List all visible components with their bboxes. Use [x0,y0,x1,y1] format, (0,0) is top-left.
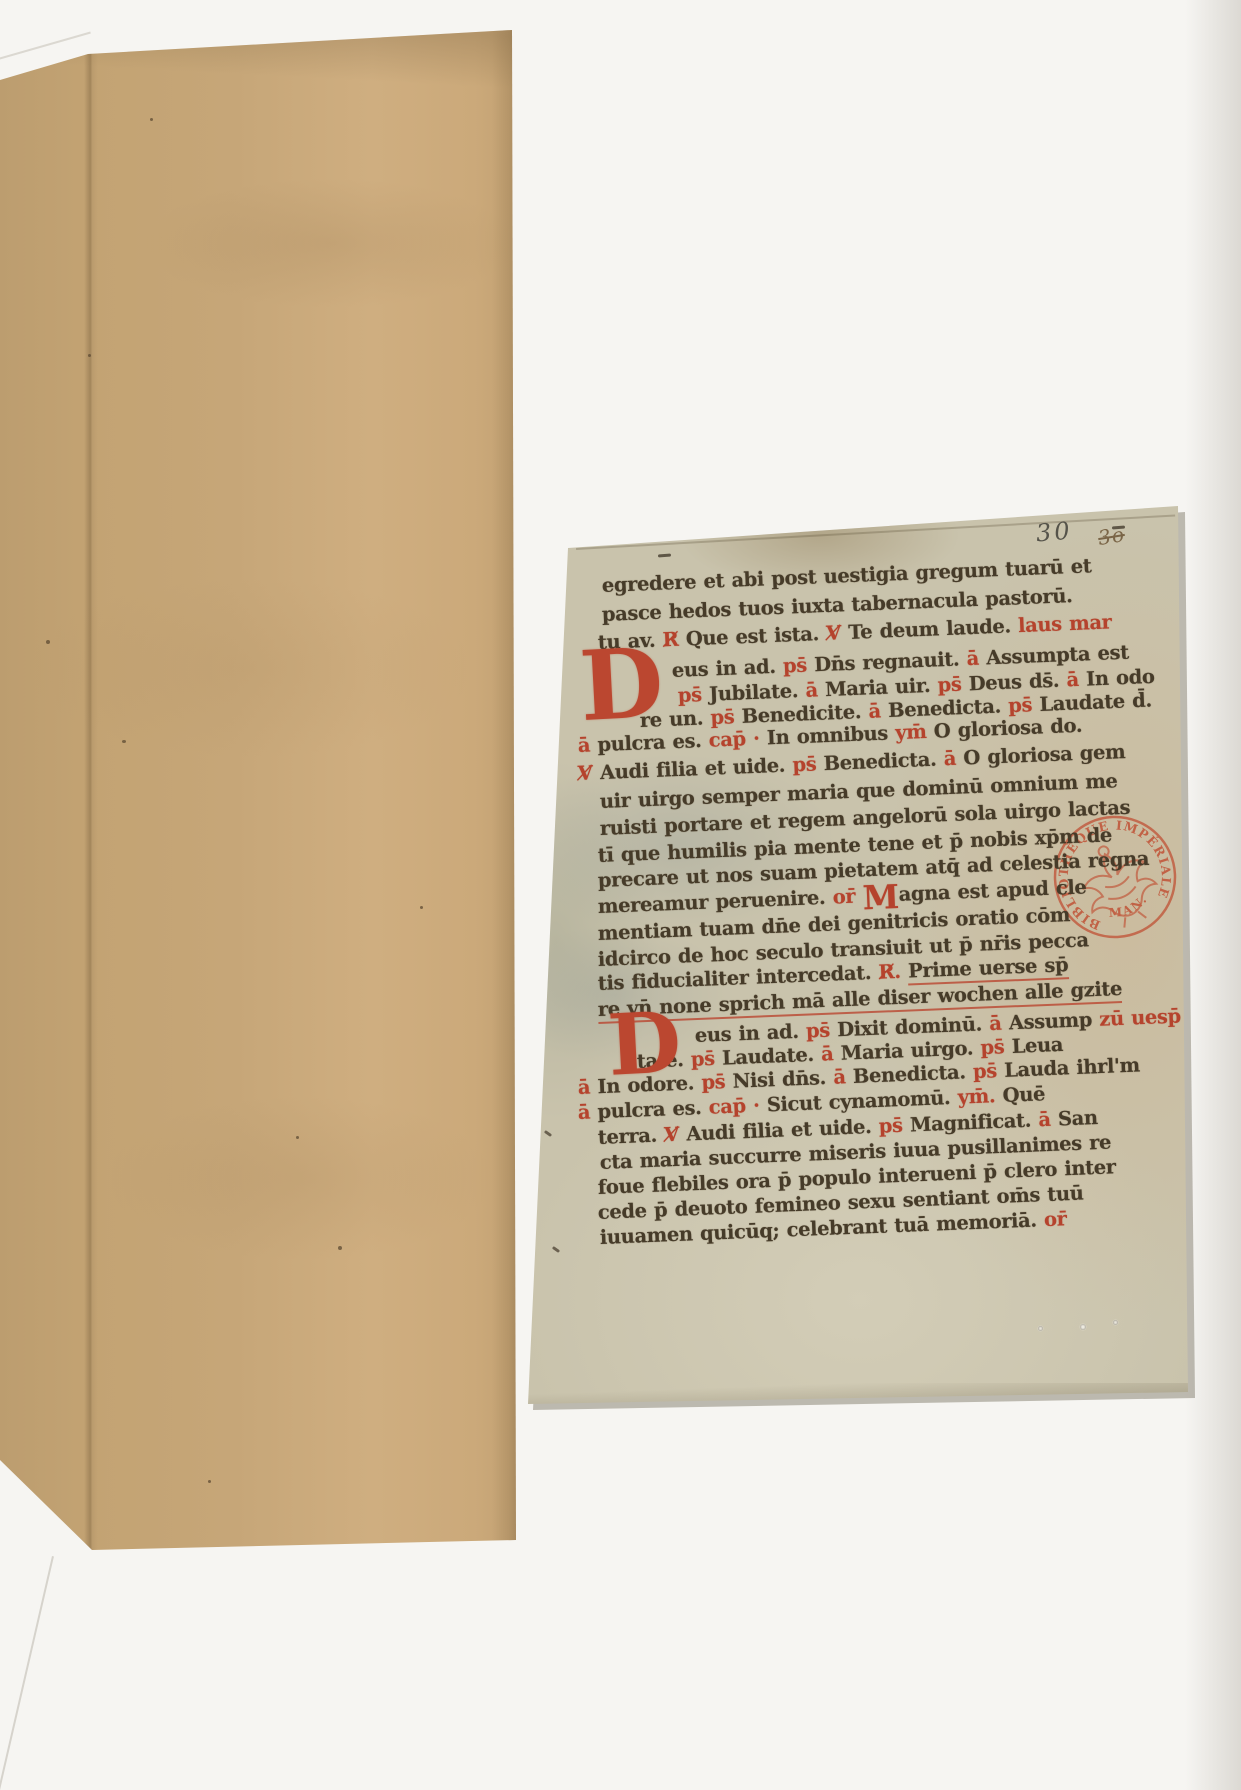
underlying-sheet-edge [0,1556,54,1790]
ink-text: San [1058,1106,1099,1131]
rubric-text: ym̄. [957,1084,1003,1109]
rubric-text: ā [805,678,826,702]
edge-tear-mark [536,1050,544,1057]
rubric-text: R̸ [662,627,686,651]
rubric-text: ps̄ [1008,693,1040,717]
rubric-initial: D [578,640,666,731]
rubric-text: ā [1066,668,1087,692]
rubric-text: ā [833,1065,854,1089]
speck [420,906,423,909]
ink-text: Te deum laude. [848,614,1019,644]
rubric-text: ps̄ [677,683,709,707]
ink-text: Nisi dn̄s. [732,1066,834,1093]
rubric-text: ps̄ [937,672,969,696]
ink-text: pulcra es. [597,1096,709,1123]
ink-text: eus in ad. [671,655,783,682]
rubric-text: cap̄ · [708,726,767,751]
guard-folder-board [0,28,516,1556]
rubric-text: V̸ [577,761,600,785]
ink-text: Lauda ihrl'm [1004,1053,1140,1081]
old-folio-mark: 3o [1096,522,1126,550]
ink-text: Laudate d̄. [1039,688,1152,715]
manuscript-page: 30 3o BIBLIOTHÈQUE IMPÉRIALE MAN. egrede… [500,490,1200,1425]
rubric-text: ps̄ [701,1070,733,1094]
folio-number: 30 [1035,516,1074,547]
ink-text: O gloriosa gem [963,740,1126,769]
ink-text: Jubilate. [709,679,806,706]
page-top-crease [576,515,1175,550]
ink-text: Assump [1008,1008,1099,1035]
speck [338,1246,342,1250]
ink-text: Magnificat. [909,1108,1038,1136]
rubric-text: ps̄ [980,1035,1012,1059]
ink-text: Quē [1002,1082,1045,1107]
ink-text: Assumpta est [986,641,1129,670]
rubric-text: ā [966,646,987,670]
speck [122,740,126,743]
wormhole [1038,1326,1043,1331]
underlying-sheet-edge [0,32,91,60]
rubric-text: R̸. [878,960,908,984]
edge-tear-mark [552,1246,560,1253]
rubric-text: ā [989,1011,1010,1035]
wormhole [1080,1324,1086,1330]
rubric-text: ā [1038,1108,1059,1132]
rubric-text: V̸ [664,1122,687,1146]
wormhole [1113,1320,1118,1325]
rubric-text: ps̄ [710,705,742,729]
ink-text: terra. [597,1123,664,1149]
rubric-text: ā [577,1075,598,1099]
speck [208,1480,211,1483]
rubric-initial: D [606,1004,683,1083]
edge-tear-mark [544,1130,552,1137]
speck [150,118,153,121]
ink-text: Benedicta. [852,1060,973,1088]
ink-text: Leua [1011,1033,1063,1058]
ink-text: In odo [1086,665,1155,691]
rubric-text: ā [577,1100,598,1124]
ink-text: Que est ista. [685,622,826,651]
rubric-text: ps̄ [792,752,824,776]
ink-text: Laudate. [722,1043,822,1070]
speck [296,1136,299,1139]
rubric-text: or̄ [832,884,863,908]
ink-text: Benedicta. [823,747,944,775]
rubric-text: ps̄ [783,653,815,677]
ink-text: Dn̄s regnauit. [814,647,967,676]
folder-right-edge-shade [492,28,516,1556]
speck [88,354,91,357]
rubric-text: ps̄ [878,1113,910,1137]
rubric-text: ā [868,699,889,723]
rubric-text: ps̄ [690,1047,722,1071]
rubric-text: V̸ [826,621,849,645]
rubric-text: cap̄ · [708,1093,767,1118]
ink-text: Audi filia et uide. [600,753,793,784]
rubric-text: or̄ [1044,1207,1067,1231]
crease-mark [658,554,671,558]
rubric-text: ā [943,747,964,771]
ink-text: O gloriosa do. [933,714,1082,743]
background-shadow [1185,0,1241,1790]
rubric-text: ps̄ [806,1018,838,1042]
speck [46,640,50,644]
rubric-text: ps̄ [973,1059,1005,1083]
folder-fold-crease [84,28,98,1556]
ink-text: Deus ds̄. [968,668,1067,695]
ink-text: In omnibus [766,721,895,749]
rubric-text: laus mar [1018,610,1112,637]
digitized-manuscript-scan: { "page_meta": { "folio_number": "30", "… [0,0,1241,1790]
rubric-text: zū uesp̄ [1099,1005,1181,1031]
rubric-text: ā [821,1042,842,1066]
rubric-text: ym̄ [895,720,934,745]
